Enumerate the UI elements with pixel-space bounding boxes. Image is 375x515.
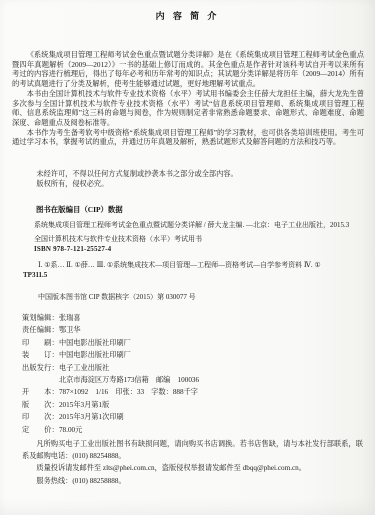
- intro-section: 《系统集成项目管理工程师考试金色重点暨试题分类详解》是在《系统集成项目管理工程师…: [12, 50, 364, 147]
- publication-info-row: 北京市海淀区万寿路173信箱 邮编 100036: [22, 374, 365, 386]
- page-title: 内 容 简 介: [0, 9, 375, 22]
- publication-info-value: 78.00元: [59, 426, 82, 434]
- publication-info-value: 张瑞喜: [59, 314, 81, 322]
- note-line: 凡所购买电子工业出版社图书有缺损问题，请向购买书店调换。若书店售缺，请与本社发行…: [22, 438, 363, 462]
- publication-info-row: 开 本：787×1092 1/16 印张：33 字数：888千字: [22, 386, 365, 398]
- publication-info-value: 电子工业出版社: [59, 364, 109, 372]
- publication-info-label: 版 次：: [22, 401, 59, 409]
- publication-info-row: 定 价：78.00元: [22, 424, 365, 436]
- publication-info-value: 2015年3月第1版: [59, 401, 109, 409]
- bottom-notes: 凡所购买电子工业出版社图书有缺损问题，请向购买书店调换。若书店售缺，请与本社发行…: [22, 438, 363, 487]
- publication-info-row: 印 次：2015年3月第1次印刷: [22, 411, 365, 423]
- publication-info-row: 印 刷：中国电影出版社印刷厂: [22, 337, 365, 349]
- intro-paragraph: 《系统集成项目管理工程师考试金色重点暨试题分类详解》是在《系统集成项目管理工程师…: [12, 50, 364, 89]
- publication-info-label: 装 订：: [22, 351, 59, 359]
- publication-info-row: 策划编辑：张瑞喜: [22, 312, 365, 324]
- publication-info-value: 中国电影出版社印刷厂: [59, 339, 131, 347]
- book-copyright-page: 内 容 简 介 《系统集成项目管理工程师考试金色重点暨试题分类详解》是在《系统集…: [0, 0, 375, 515]
- publication-info-value: 2015年3月第1次印刷: [59, 413, 124, 421]
- cip-record-number: 中国版本图书馆 CIP 数据核字（2015）第 030077 号: [38, 292, 196, 302]
- cip-description: 系统集成项目管理工程师考试金色重点暨试题分类详解 / 薛大龙主编. —北京：电子…: [34, 220, 369, 230]
- copyright-notice-line: 版权所有，侵权必究。: [22, 179, 363, 189]
- note-line: 服务热线：(010) 88258888。: [22, 475, 363, 487]
- intro-paragraph: 本书作为考生备考软考中级资格“系统集成项目管理工程师”的学习教材，也可供各类培训…: [12, 128, 364, 147]
- note-line: 质量投诉请发邮件至 zlts@phei.com.cn，盗版侵权举报请发邮件至 d…: [22, 462, 363, 474]
- cip-classification-code: TP311.5: [23, 271, 47, 279]
- publication-info-label: [22, 376, 59, 384]
- publication-info-row: 版 次：2015年3月第1版: [22, 399, 365, 411]
- publication-info-row: 装 订：中国电影出版社印刷厂: [22, 349, 365, 361]
- publication-info-value: 中国电影出版社印刷厂: [59, 351, 131, 359]
- cip-heading: 图书在版编目（CIP）数据: [36, 204, 123, 215]
- publication-info-label: 出版发行：: [22, 364, 59, 372]
- publication-info-label: 印 次：: [22, 413, 59, 421]
- publication-info-value: 787×1092 1/16 印张：33 字数：888千字: [59, 388, 198, 396]
- cip-isbn: ISBN 978-7-121-25527-4: [34, 245, 111, 253]
- publication-info: 策划编辑：张瑞喜 责任编辑：鄂卫华 印 刷：中国电影出版社印刷厂 装 订：中国电…: [22, 312, 365, 436]
- publication-info-value: 北京市海淀区万寿路173信箱 邮编 100036: [59, 376, 199, 384]
- publication-info-label: 印 刷：: [22, 339, 59, 347]
- publication-info-label: 策划编辑：: [22, 314, 59, 322]
- publication-info-label: 责任编辑：: [22, 326, 59, 334]
- publication-info-row: 责任编辑：鄂卫华: [22, 324, 365, 336]
- publication-info-label: 定 价：: [22, 426, 59, 434]
- intro-paragraph: 本书由全国计算机技术与软件专业技术资格（水平）考试用书编委会主任薛大龙担任主编，…: [12, 89, 364, 128]
- copyright-notice: 未经许可，不得以任何方式复制或抄袭本书之部分或全部内容。 版权所有，侵权必究。: [22, 169, 363, 189]
- publication-info-row: 出版发行：电子工业出版社: [22, 362, 365, 374]
- copyright-notice-line: 未经许可，不得以任何方式复制或抄袭本书之部分或全部内容。: [22, 169, 363, 179]
- cip-classification: Ⅰ. ①系… Ⅱ. ①薛… Ⅲ. ①系统集成技术—项目管理—工程师—资格考试—自…: [38, 260, 367, 270]
- cip-series-line: 全国计算机技术与软件专业技术资格（水平）考试用书: [34, 234, 202, 244]
- publication-info-label: 开 本：: [22, 388, 59, 396]
- publication-info-value: 鄂卫华: [59, 326, 81, 334]
